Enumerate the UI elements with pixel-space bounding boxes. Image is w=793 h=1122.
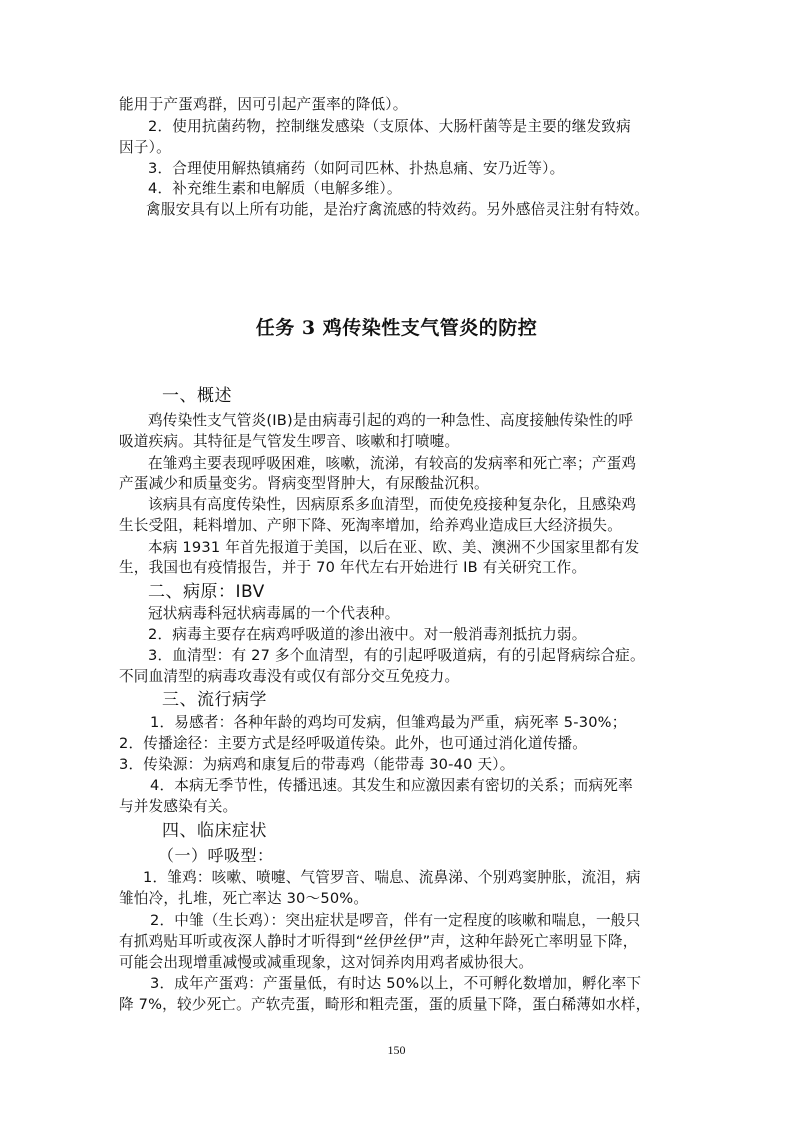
paragraph-line: 不同血清型的病毒攻毒没有或仅有部分交互免疫力。: [119, 667, 459, 687]
paragraph-line: 3．成年产蛋鸡：产蛋量低，有时达 50%以上，不可孵化数增加，孵化率下: [150, 974, 641, 994]
paragraph-line: 1．雏鸡：咳嗽、喷嚏、气管罗音、喘息、流鼻涕、个别鸡窦肿胀，流泪，病: [143, 868, 641, 888]
paragraph-line: 2．使用抗菌药物，控制继发感染（支原体、大肠杆菌等是主要的继发致病: [148, 117, 631, 137]
paragraph-line: 在雏鸡主要表现呼吸困难，咳嗽，流涕，有较高的发病率和死亡率；产蛋鸡: [148, 454, 636, 474]
page-number: 150: [0, 1043, 793, 1058]
paragraph-line: 生，我国也有疫情报告，并于 70 年代左右开始进行 IB 有关研究工作。: [119, 558, 586, 578]
paragraph-line: 有抓鸡贴耳听或夜深人静时才听得到“丝伊丝伊”声，这种年龄死亡率明显下降，: [119, 932, 638, 952]
page-title: 任务 3 鸡传染性支气管炎的防控: [0, 313, 793, 340]
paragraph-line: 4．本病无季节性，传播迅速。其发生和应激因素有密切的关系；而病死率: [150, 776, 633, 796]
paragraph-line: 产蛋减少和质量变劣。肾病变型肾肿大，有尿酸盐沉积。: [119, 474, 489, 494]
paragraph-line: 3．传染源：为病鸡和康复后的带毒鸡（能带毒 30-40 天）。: [119, 755, 515, 775]
paragraph-line: 4．补充维生素和电解质（电解多维）。: [148, 179, 402, 199]
paragraph-line: 与并发感染有关。: [119, 797, 237, 817]
paragraph-line: 1．易感者：各种年龄的鸡均可发病，但雏鸡最为严重，病死率 5-30%；: [150, 713, 627, 733]
paragraph-line: 吸道疾病。其特征是气管发生啰音、咳嗽和打喷嚏。: [119, 432, 459, 452]
paragraph-line: 降 7%，较少死亡。产软壳蛋，畸形和粗壳蛋，蛋的质量下降，蛋白稀薄如水样，: [119, 995, 650, 1015]
paragraph-line: 2．病毒主要存在病鸡呼吸道的渗出液中。对一般消毒剂抵抗力弱。: [148, 625, 587, 645]
document-page: 能用于产蛋鸡群，因可引起产蛋率的降低）。 2．使用抗菌药物，控制继发感染（支原体…: [0, 0, 793, 1122]
paragraph-line: 3．合理使用解热镇痛药（如阿司匹林、扑热息痛、安乃近等）。: [148, 159, 564, 179]
paragraph-line: 能用于产蛋鸡群，因可引起产蛋率的降低）。: [119, 95, 408, 115]
section-heading: 四、临床症状: [162, 820, 267, 842]
paragraph-line: 禽服安具有以上所有功能，是治疗禽流感的特效药。另外感倍灵注射有特效。: [146, 200, 649, 220]
paragraph-line: 因子）。: [119, 138, 171, 158]
subsection-heading: （一）呼吸型：: [158, 845, 274, 867]
section-heading: 一、概述: [162, 385, 232, 407]
paragraph-line: 雏怕冷，扎堆，死亡率达 30～50%。: [119, 889, 368, 909]
paragraph-line: 鸡传染性支气管炎(IB)是由病毒引起的鸡的一种急性、高度接触传染性的呼: [148, 411, 633, 431]
section-heading: 三、流行病学: [162, 689, 267, 711]
paragraph-line: 生长受阻，耗料增加、产卵下降、死淘率增加，给养鸡业造成巨大经济损失。: [119, 516, 622, 536]
paragraph-line: 该病具有高度传染性，因病原系多血清型，而使免疫接种复杂化，且感染鸡: [148, 495, 636, 515]
paragraph-line: 2．中雏（生长鸡）：突出症状是啰音，伴有一定程度的咳嗽和喘息，一般只: [150, 911, 640, 931]
paragraph-line: 3．血清型：有 27 多个血清型，有的引起呼吸道病，有的引起肾病综合症。: [148, 646, 645, 666]
paragraph-line: 冠状病毒科冠状病毒属的一个代表种。: [148, 604, 400, 624]
section-heading: 二、病原：IBV: [148, 581, 265, 603]
paragraph-line: 可能会出现增重减慢或减重现象，这对饲养肉用鸡者威协很大。: [119, 953, 533, 973]
paragraph-line: 2．传播途径：主要方式是经呼吸道传染。此外，也可通过消化道传播。: [119, 734, 587, 754]
paragraph-line: 本病 1931 年首先报道于美国，以后在亚、欧、美、澳洲不少国家里都有发: [148, 538, 639, 558]
